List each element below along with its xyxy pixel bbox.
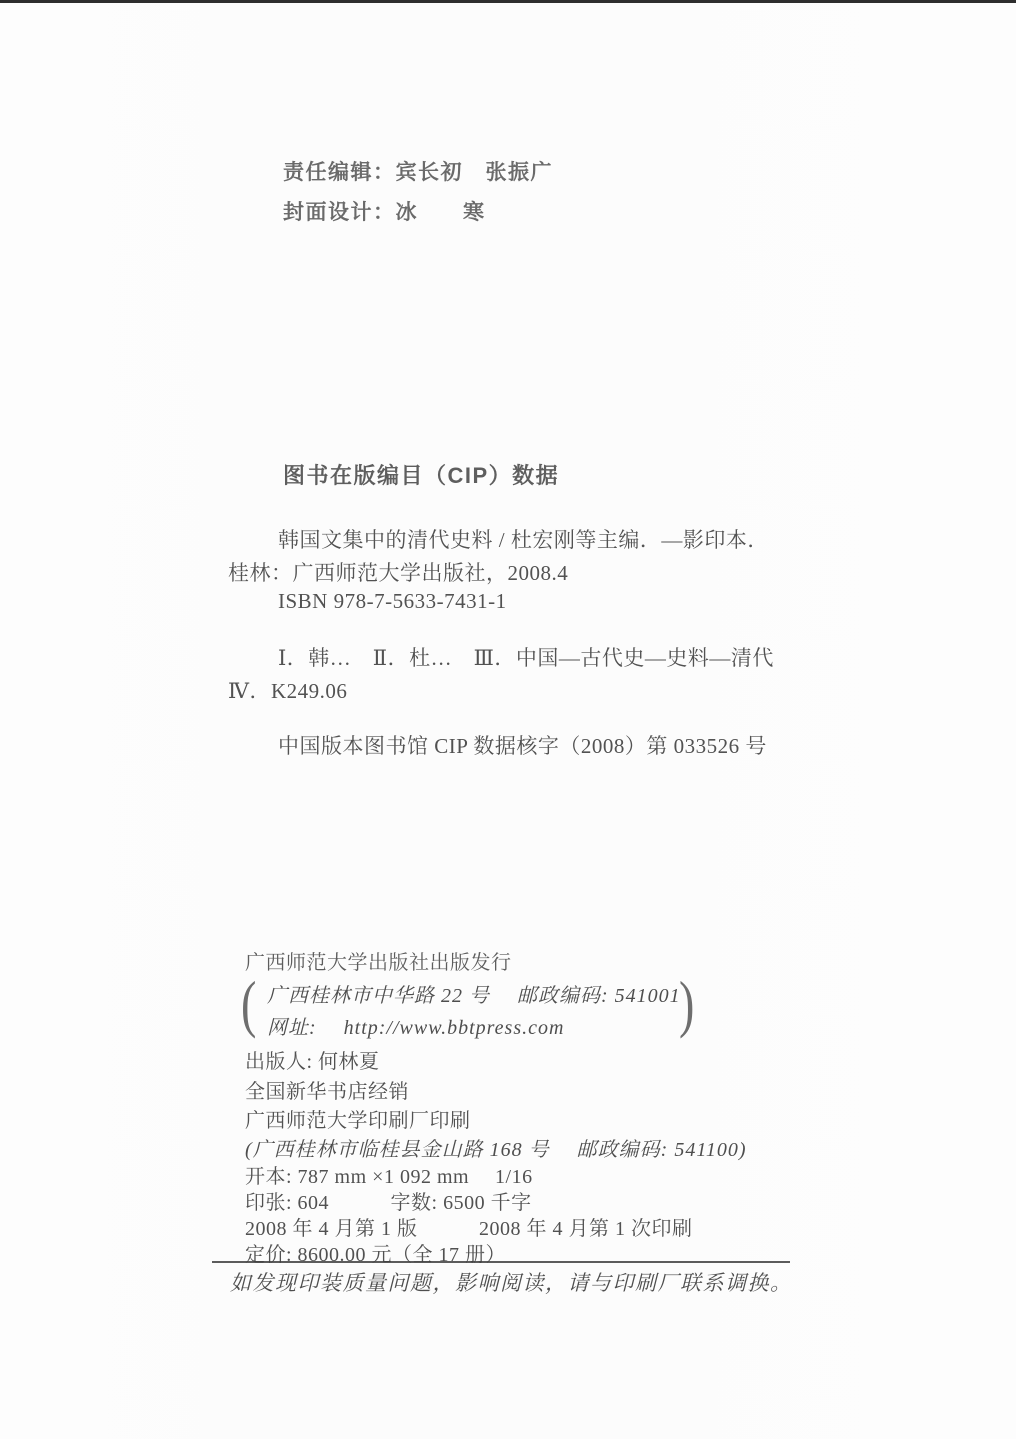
cover-design-line: 封面设计：冰 寒 xyxy=(283,196,486,226)
scan-top-edge xyxy=(0,0,1016,3)
address-paren-open: ( xyxy=(241,972,256,1036)
edition-printing-line: 2008 年 4 月第 1 版 2008 年 4 月第 1 次印刷 xyxy=(245,1212,693,1241)
cip-classification-line1: Ⅰ．韩… Ⅱ．杜… Ⅲ．中国—古代史—史料—清代 xyxy=(278,642,774,672)
cip-publisher-line: 桂林：广西师范大学出版社，2008.4 xyxy=(228,557,568,587)
cip-classification-line2: Ⅳ．K249.06 xyxy=(228,675,347,705)
address-paren-close: ) xyxy=(679,972,694,1036)
cip-heading: 图书在版编目（CIP）数据 xyxy=(283,459,559,490)
cip-title-line: 韩国文集中的清代史料 / 杜宏刚等主编．—影印本． xyxy=(278,524,769,554)
printer-line: 广西师范大学印刷厂印刷 xyxy=(245,1104,471,1133)
quality-notice-line: 如发现印装质量问题，影响阅读，请与印刷厂联系调换。 xyxy=(230,1267,793,1297)
scanned-colophon-page: 责任编辑：宾长初 张振广 封面设计：冰 寒 图书在版编目（CIP）数据 韩国文集… xyxy=(0,0,1016,1439)
printer-address-line: (广西桂林市临桂县金山路 168 号 邮政编码: 541100) xyxy=(245,1133,747,1162)
publisher-address-line: 广西桂林市中华路 22 号 邮政编码: 541001 xyxy=(267,979,681,1008)
sheets-wordcount-line: 印张: 604 字数: 6500 千字 xyxy=(245,1186,532,1215)
publisher-distribution-line: 广西师范大学出版社出版发行 xyxy=(245,946,512,975)
format-line: 开本: 787 mm ×1 092 mm 1/16 xyxy=(245,1160,533,1189)
cip-isbn-line: ISBN 978-7-5633-7431-1 xyxy=(278,589,507,614)
publisher-person-line: 出版人: 何林夏 xyxy=(245,1045,380,1074)
publisher-website-line: 网址: http://www.bbtpress.com xyxy=(267,1011,564,1040)
distribution-line: 全国新华书店经销 xyxy=(245,1075,409,1104)
cip-record-number-line: 中国版本图书馆 CIP 数据核字（2008）第 033526 号 xyxy=(278,730,767,760)
notice-divider-rule xyxy=(212,1261,790,1263)
responsible-editors-line: 责任编辑：宾长初 张振广 xyxy=(283,156,553,186)
